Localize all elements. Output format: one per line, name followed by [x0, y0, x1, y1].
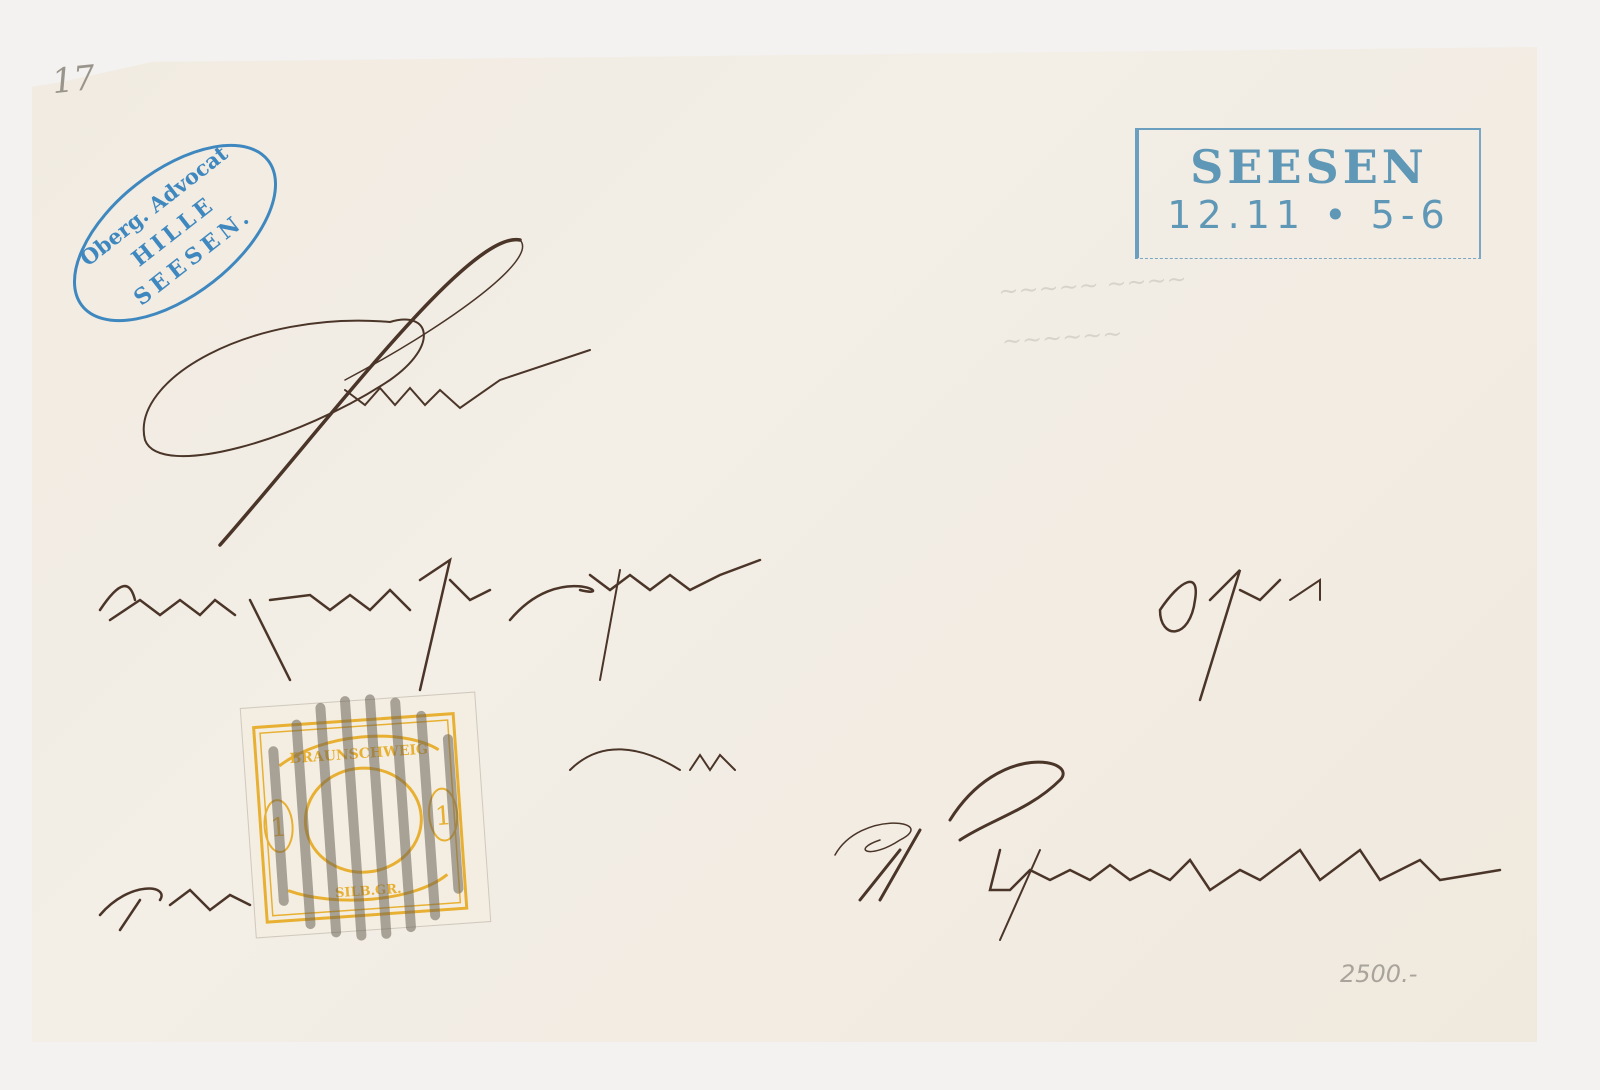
braunschweig-stamp: BRAUNSCHWEIG 1 1 SILB.GR.: [230, 681, 502, 948]
pencil-price: 2500.-: [1340, 960, 1417, 988]
